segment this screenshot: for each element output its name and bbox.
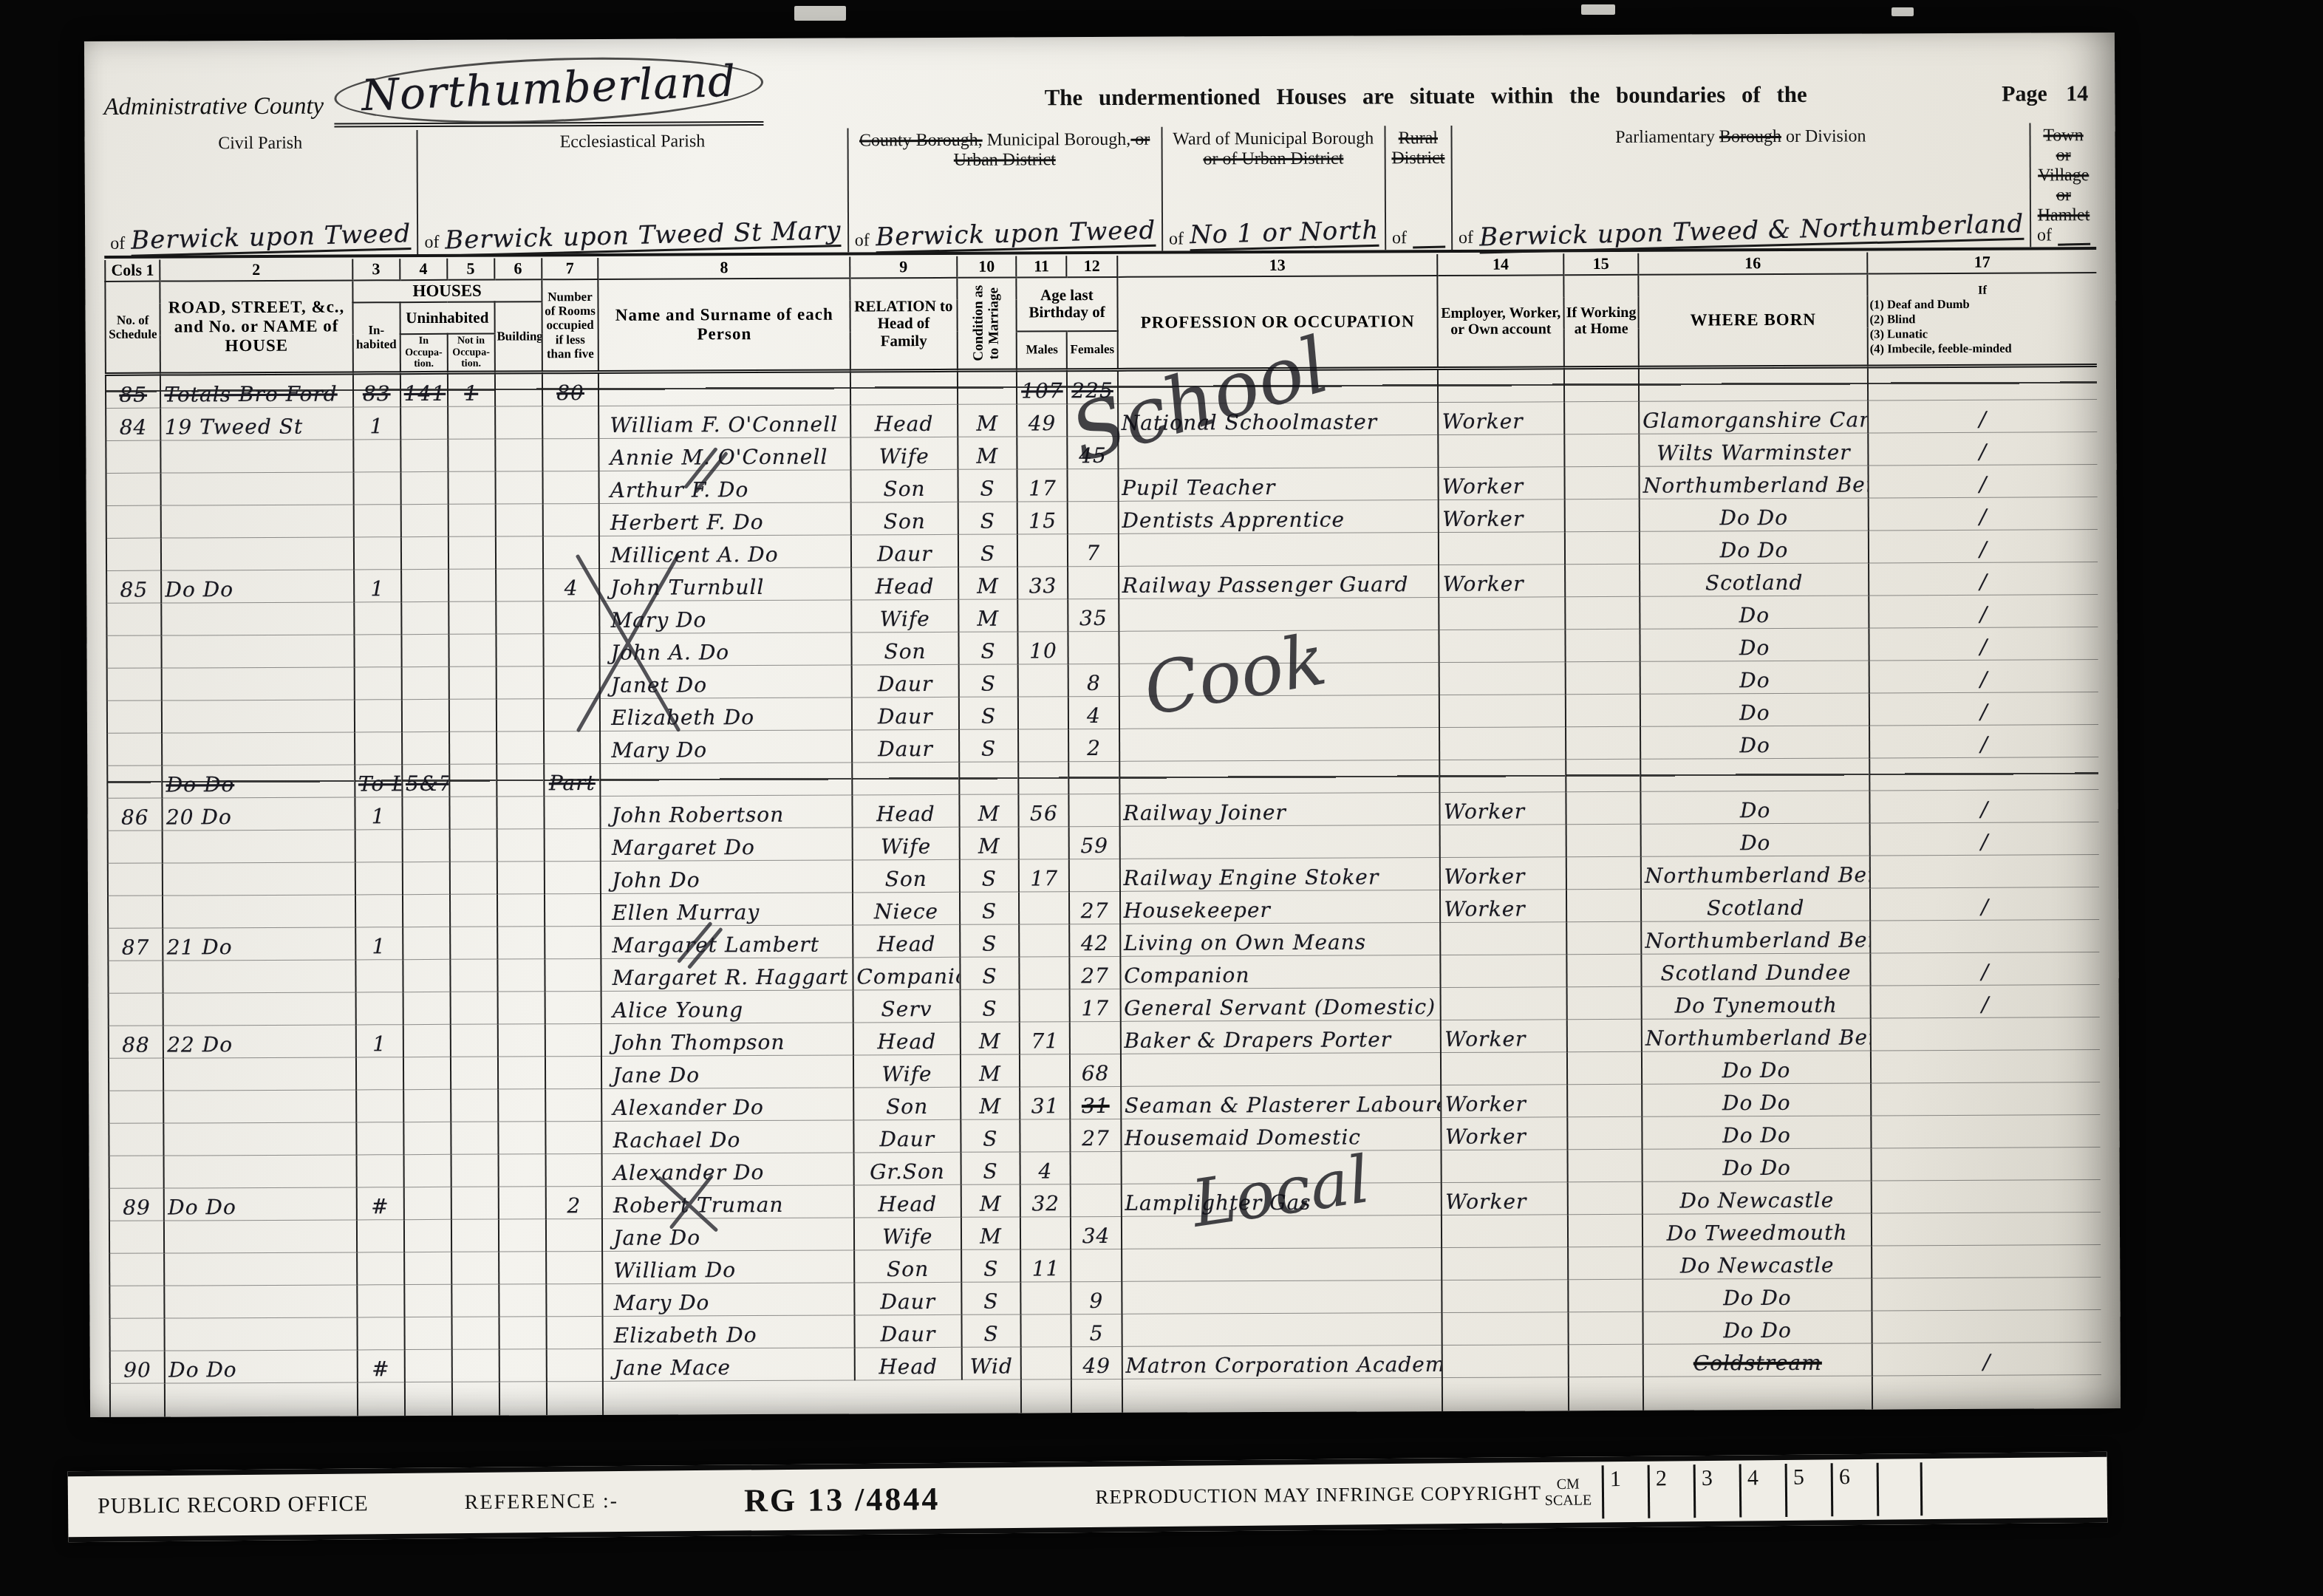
cm-scale-cell [1877,1462,1923,1516]
cell-uninhabited-in-occupation [400,471,448,504]
cell-building [499,1317,546,1349]
cell-rooms [542,438,599,471]
cell-at-home [1566,759,1640,791]
cell-age-male: 32 [1020,1184,1071,1217]
infirmity-header-line: (4) Imbecile, feeble-minded [1870,341,2095,356]
cell-age-female: 27 [1070,956,1120,989]
header-box-label: County Borough, Municipal Borough, or Ur… [854,130,1155,171]
cell-occupation: Lamplighter Gas [1121,1183,1442,1217]
cell-rooms [545,1056,602,1088]
cell-employer: Worker [1439,402,1565,435]
cell-uninhabited-in-occupation [403,894,450,927]
cell-building [497,797,544,829]
col-road-header: ROAD, STREET, &c., and No. or NAME of HO… [160,280,353,374]
cell-name: Jane Mace [603,1348,855,1381]
cell-relation: Head [853,1022,961,1055]
cell-road [162,700,354,733]
cell-inhabited [354,537,401,570]
column-number-15: 15 [1563,253,1638,275]
infirmity-header-line: (3) Lunatic [1870,326,2095,341]
cell-at-home [1566,856,1641,889]
cell-relation: Head [851,567,958,600]
cell-age-male: 10 [1018,632,1068,664]
cell-schedule [106,538,162,570]
scan-artifact [794,6,846,21]
cell-employer [1440,825,1566,858]
cell-building [497,829,544,862]
cell-schedule [106,603,162,635]
column-number-1: Cols 1 [105,260,160,282]
cell-rooms [544,731,601,763]
cell-road [163,830,355,863]
cell-rooms [543,666,600,698]
cell-name: John A. Do [600,632,852,666]
cell-rooms [544,796,601,828]
cell-where-born: Coldstream [1643,1343,1872,1377]
cell-employer [1442,1280,1569,1313]
cell-uninhabited-not-in-occupation [448,471,495,504]
header-box-value [2058,243,2090,246]
cell-inhabited [354,700,401,732]
cell-condition [959,762,1019,794]
cell-uninhabited-in-occupation [402,862,449,894]
cell-inhabited [355,862,402,895]
cell-inhabited [355,992,403,1025]
header-box-label-part: or Division [1781,126,1866,146]
cell-employer [1442,1345,1569,1378]
cell-at-home [1568,1181,1643,1214]
cell-age-male [1021,1347,1071,1380]
cell-where-born: Do [1641,823,1870,856]
cell-schedule [108,961,163,993]
cell-at-home [1566,661,1640,694]
cell-at-home [1565,499,1640,531]
cell-employer [1442,1247,1569,1280]
col-infirmity-header: If(1) Deaf and Dumb(2) Blind(3) Lunatic(… [1867,273,2097,366]
cell-relation: Wife [853,1054,961,1088]
cell-employer [1440,760,1566,793]
cell-infirmity [1871,1115,2100,1148]
cell-infirmity [1871,1082,2100,1116]
cell-road [161,440,353,473]
cell-uninhabited-in-occupation [402,829,449,862]
cell-relation: Head [853,794,960,828]
cell-uninhabited-in-occupation [403,1122,451,1154]
cell-where-born: Northumberland Berwick [1640,465,1869,499]
cell-where-born: Do Tweedmouth [1643,1213,1872,1247]
cell-occupation: General Servant (Domestic) [1120,988,1441,1022]
cell-where-born: Do Do [1642,1051,1871,1084]
cell-inhabited: 1 [355,797,402,830]
column-number-8: 8 [598,256,850,279]
cell-age-male [1018,762,1068,794]
column-number-3: 3 [352,259,400,280]
cell-infirmity: / [1869,497,2098,531]
cell-road [163,1057,355,1091]
cell-infirmity [1869,757,2098,791]
cell-where-born: Scotland Dundee [1641,953,1870,986]
cell-age-male [1017,437,1068,469]
cell-relation: Wife [851,599,958,632]
cell-uninhabited-not-in-occupation [451,1219,499,1252]
cell-occupation [1119,760,1440,794]
cell-at-home [1568,1279,1643,1312]
uninhabited-banner: Uninhabited [400,302,494,335]
cell-building [499,1382,547,1417]
cell-road [161,472,353,505]
cell-uninhabited-in-occupation [403,1154,451,1187]
cell-at-home [1569,1344,1643,1377]
cell-occupation [1119,825,1440,859]
cell-inhabited: # [357,1350,404,1382]
header-box-label-part: Parliamentary [1615,127,1719,147]
cell-relation: Son [853,1087,961,1120]
cell-uninhabited-not-in-occupation [448,406,495,439]
header-box-label-part: Municipal Borough, [983,130,1131,150]
cell-building [499,1349,546,1382]
cell-uninhabited-not-in-occupation [450,959,497,992]
cell-where-born: Do [1640,726,1869,759]
cell-where-born: Do Do [1643,1311,1872,1344]
cell-condition: M [961,1054,1020,1087]
cell-age-male [1018,729,1068,762]
cell-schedule [106,505,162,538]
cell-at-home [1566,921,1641,954]
cell-road [164,1252,356,1286]
header-box-ecclesiastical-parish: Ecclesiastical ParishofBerwick upon Twee… [417,129,847,255]
cell-employer [1439,597,1566,630]
column-number-9: 9 [850,256,957,279]
cell-schedule [109,1091,164,1123]
cell-relation: Head [853,924,960,958]
cell-infirmity: / [1869,725,2098,758]
cell-condition: M [958,599,1018,632]
cell-relation: Son [853,859,960,893]
cell-infirmity [1871,1017,2100,1051]
census-rows: 85Totals Bro Ford831411801072258419 Twee… [106,366,2101,1417]
cell-employer [1438,368,1564,403]
header-box-label-part: Town or Village or Hamlet [2038,126,2090,225]
cell-occupation [1119,598,1439,632]
col-females-header: Females [1067,331,1117,370]
cell-employer: Worker [1442,1117,1568,1150]
cell-occupation [1122,1377,1442,1416]
cell-condition: M [961,1217,1021,1249]
cell-inhabited: 1 [355,927,403,960]
cell-schedule: 90 [110,1351,166,1383]
cm-scale-cell: 1 [1602,1465,1648,1519]
cell-schedule: 85 [106,374,161,408]
cell-road: 19 Tweed St [160,407,352,440]
cell-age-female: 8 [1068,664,1119,696]
cell-employer: Worker [1442,1182,1568,1215]
cell-employer: Worker [1442,1085,1568,1118]
cell-age-male [1020,989,1070,1022]
cell-rooms [545,861,601,893]
cell-where-born: Do [1641,791,1870,824]
cell-name [600,763,852,796]
column-number-7: 7 [542,258,598,279]
cell-at-home [1566,889,1641,921]
cell-condition: M [961,1184,1020,1217]
cell-employer [1442,1377,1569,1417]
form-header: Administrative County Northumberland The… [103,43,2095,129]
cell-age-male [1021,1314,1071,1347]
cell-schedule: 89 [109,1188,165,1221]
cell-condition: S [958,469,1017,502]
cell-name: Janet Do [600,665,852,698]
cell-employer [1439,532,1565,565]
col-occupation-header: PROFESSION OR OCCUPATION [1117,276,1438,369]
column-number-12: 12 [1067,256,1117,277]
cell-age-male [1020,1054,1070,1087]
cell-infirmity [1872,1180,2101,1213]
cell-age-male [1020,957,1070,989]
cell-uninhabited-in-occupation [404,1252,451,1284]
cell-schedule [107,765,163,798]
cell-building [497,927,545,959]
cell-schedule [109,1286,165,1318]
cell-inhabited [354,667,401,700]
cell-employer [1441,1052,1567,1085]
cm-scale-cell: 5 [1785,1463,1832,1517]
cell-infirmity: / [1871,985,2100,1018]
cell-inhabited [353,440,400,472]
cell-uninhabited-in-occupation [404,1219,451,1252]
header-box-of: of [2037,225,2052,245]
cell-condition: S [959,729,1019,762]
cell-rooms: 4 [547,1381,604,1417]
cell-relation: Companion [853,957,960,990]
cell-where-born [1639,366,1868,401]
header-box-civil-parish: Civil ParishofBerwick upon Tweed [103,130,417,256]
cell-inhabited: 1 [353,407,400,440]
cell-age-female [1070,1021,1120,1054]
header-box-value: Berwick upon Tweed [875,216,1156,254]
infirmity-header-line: If [1869,282,2095,298]
cell-employer: Worker [1440,857,1566,890]
cell-rooms [545,991,601,1023]
cell-schedule [109,993,164,1026]
cell-condition [958,370,1017,404]
cell-schedule [109,1318,165,1351]
cell-age-female [1068,403,1118,436]
cell-road [164,1155,356,1188]
cell-infirmity: / [1869,627,2098,661]
cell-name [598,371,850,406]
cell-building [498,1122,545,1154]
cell-schedule: 88 [109,1026,164,1058]
cell-occupation: Pupil Teacher [1118,468,1439,502]
cell-inhabited [357,1285,404,1317]
cell-building [497,894,545,927]
cell-age-female: 42 [1070,924,1120,956]
cell-relation: Wife [854,1217,961,1250]
header-box-ward: Ward of Municipal Borough or of Urban Di… [1161,126,1385,250]
col-name-header: Name and Surname of each Person [598,278,850,372]
cm-scale-label-cm: CM [1544,1476,1592,1493]
cell-uninhabited-not-in-occupation [448,666,496,699]
cell-occupation [1122,1248,1442,1282]
cell-occupation [1119,728,1440,762]
cell-employer [1439,695,1566,728]
cell-occupation: Housekeeper [1120,890,1441,924]
cell-rooms [544,828,601,861]
cell-uninhabited-not-in-occupation [450,862,497,894]
cell-relation: Head [850,404,958,437]
cell-at-home [1566,791,1640,824]
cm-scale-label: CM SCALE [1544,1465,1602,1519]
cell-occupation [1121,1150,1442,1184]
cell-inhabited [357,1317,404,1350]
cm-scale-cell: 4 [1739,1464,1786,1518]
cell-relation: Head [854,1184,961,1218]
cell-age-male [1019,827,1069,859]
cell-uninhabited-in-occupation [403,1024,450,1057]
cell-age-male: 107 [1017,370,1067,404]
cell-relation: Son [852,632,959,665]
cell-relation: Niece [853,892,960,925]
cell-building [497,699,544,731]
cell-name: Mary Do [600,730,852,763]
cell-relation: Daur [851,534,958,567]
header-box-label-part: Ward of Municipal Borough [1173,129,1374,149]
column-number-17: 17 [1867,251,2096,273]
cell-uninhabited-not-in-occupation [449,731,497,764]
cell-building [498,1154,545,1187]
cell-name: Robert Truman [602,1185,854,1218]
cell-name: Annie M. O'Connell [599,437,851,471]
cell-occupation: Baker & Drapers Porter [1120,1020,1441,1054]
cell-occupation: Railway Joiner [1119,793,1440,827]
cell-name: Mary Do [603,1283,855,1316]
cell-schedule: 85 [106,570,162,603]
header-box-value [1413,246,1445,249]
cell-building [499,1219,546,1252]
cell-infirmity [1872,1213,2101,1246]
cell-where-born: Do Do [1643,1278,1872,1312]
cell-at-home [1568,1247,1643,1279]
column-number-10: 10 [957,256,1017,278]
cell-uninhabited-in-occupation [401,569,448,601]
cell-road [162,602,354,635]
cell-road [164,1122,356,1156]
cell-condition: S [961,1282,1021,1314]
cell-uninhabited-in-occupation [403,1187,451,1219]
cell-employer [1439,662,1566,695]
cell-relation: Gr.Son [854,1152,961,1185]
cell-relation: Daur [852,729,959,763]
cell-age-female [1069,761,1119,794]
pro-office-label: PUBLIC RECORD OFFICE [98,1491,369,1519]
cell-where-born: Scotland [1640,563,1869,596]
cell-employer: Worker [1440,792,1566,825]
cell-at-home [1567,1051,1642,1084]
scan-artifact [1581,4,1615,15]
pro-reference-strip: PUBLIC RECORD OFFICE REFERENCE :- RG 13 … [68,1452,2108,1542]
cell-infirmity: / [1869,530,2098,563]
cell-relation: Wife [850,437,958,470]
administrative-county-underline: Northumberland [334,58,764,128]
cell-uninhabited-not-in-occupation [448,601,496,634]
cell-schedule [106,635,162,668]
cell-name: Margaret R. Haggart [601,958,853,991]
header-box-of: of [424,233,439,253]
cell-age-female: 45 [1068,436,1118,468]
cell-occupation [1122,1280,1442,1314]
cell-schedule [106,473,162,505]
cell-age-male: 4 [1020,1152,1071,1184]
col-condition-label: Condition as to Marriage [971,279,1002,368]
administrative-county: Administrative County Northumberland [103,57,850,128]
cell-condition: M [958,404,1017,437]
cell-name: Alexander Do [602,1153,854,1186]
header-box-parliamentary-division: Parliamentary Borough or DivisionofBerwi… [1450,123,2030,250]
cell-building [495,471,542,504]
cell-occupation: Matron Corporation Academy [1122,1346,1442,1380]
cell-uninhabited-not-in-occupation [449,764,497,797]
cell-uninhabited-not-in-occupation [450,927,497,959]
cell-uninhabited-in-occupation [401,634,448,666]
cell-rooms [542,471,599,503]
cell-condition: Wid [961,1347,1021,1380]
cell-building [499,1284,546,1317]
cell-uninhabited-not-in-occupation [451,1154,498,1187]
header-box-label: Ecclesiastical Parish [424,132,841,153]
cell-rooms [543,633,600,666]
cell-condition: M [958,567,1018,599]
cell-age-female: 34 [1071,1216,1121,1249]
cell-age-female [1068,566,1119,598]
cell-age-female: 19 [1071,1379,1122,1417]
cell-uninhabited-in-occupation [401,666,448,699]
cell-relation: Daur [855,1314,962,1348]
cell-uninhabited-not-in-occupation [451,1284,499,1317]
col-employer-header: Employer, Worker, or Own account [1438,275,1564,368]
cell-road: Do Do [163,765,355,798]
header-box-municipal-borough: County Borough, Municipal Borough, or Ur… [847,127,1161,253]
cell-occupation [1118,369,1439,404]
cell-name: Jane Do [602,1218,854,1251]
cell-schedule [107,700,163,733]
cell-name: Arthur F. Do [599,470,851,503]
cell-age-female: 5 [1071,1314,1122,1346]
cell-uninhabited-not-in-occupation [451,1317,499,1349]
cell-name: John Robertson [601,795,853,828]
infirmity-header-line: (2) Blind [1870,311,2095,327]
cell-uninhabited-not-in-occupation [448,504,495,536]
cell-infirmity: / [1869,692,2098,726]
cell-age-male: 71 [1020,1022,1070,1054]
cell-rooms [546,1348,603,1381]
cell-schedule [108,863,163,896]
cell-uninhabited-in-occupation [403,927,450,959]
column-number-5: 5 [447,259,494,280]
cell-schedule: 91 [110,1383,166,1417]
cell-employer: Worker [1439,499,1565,533]
cell-infirmity: / [1869,660,2098,693]
cell-name: Margaret Lambert [601,925,853,958]
cell-building [496,666,543,699]
cell-where-born: Do Tynemouth [1642,986,1871,1019]
cell-employer [1441,922,1567,955]
cell-name: Mary Do [599,600,851,633]
cell-at-home [1564,367,1639,401]
cell-uninhabited-not-in-occupation [451,1057,498,1089]
cell-name: Alice Young [601,990,853,1023]
census-form-paper: Administrative County Northumberland The… [84,33,2121,1417]
col-notinoccupation-header: Not in Occupa-tion. [447,334,494,373]
